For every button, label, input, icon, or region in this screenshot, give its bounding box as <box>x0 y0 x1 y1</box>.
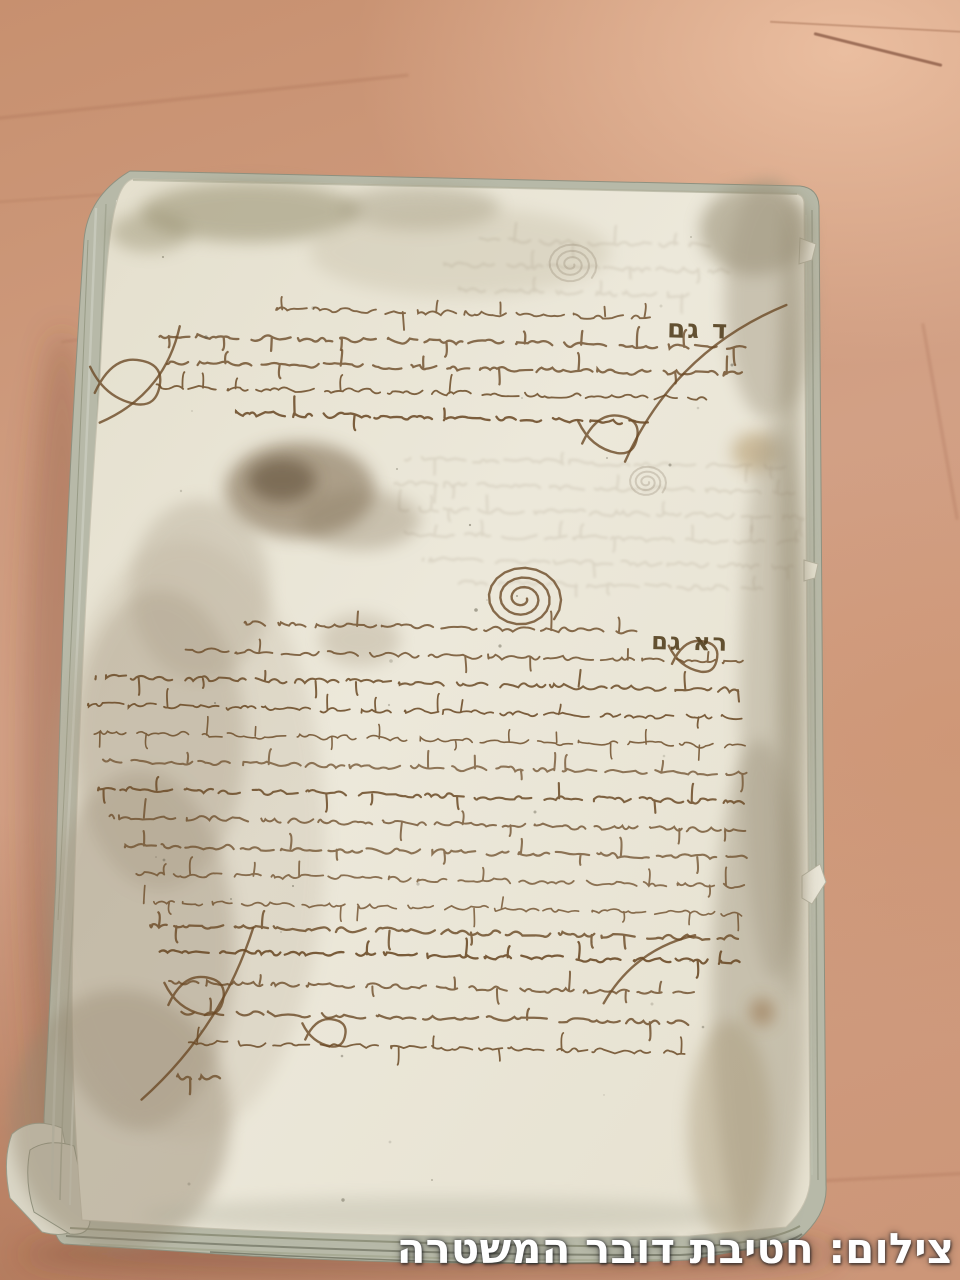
photo-credit-caption: צילום: חטיבת דובר המשטרה <box>397 1226 954 1272</box>
svg-text:ד גם: ד גם <box>667 314 730 345</box>
photo-frame: ד גםרא גם צילום: חטיבת דובר המשטרה <box>0 0 960 1280</box>
svg-text:רא גם: רא גם <box>651 627 729 657</box>
manuscript-photo: ד גםרא גם <box>0 0 960 1280</box>
